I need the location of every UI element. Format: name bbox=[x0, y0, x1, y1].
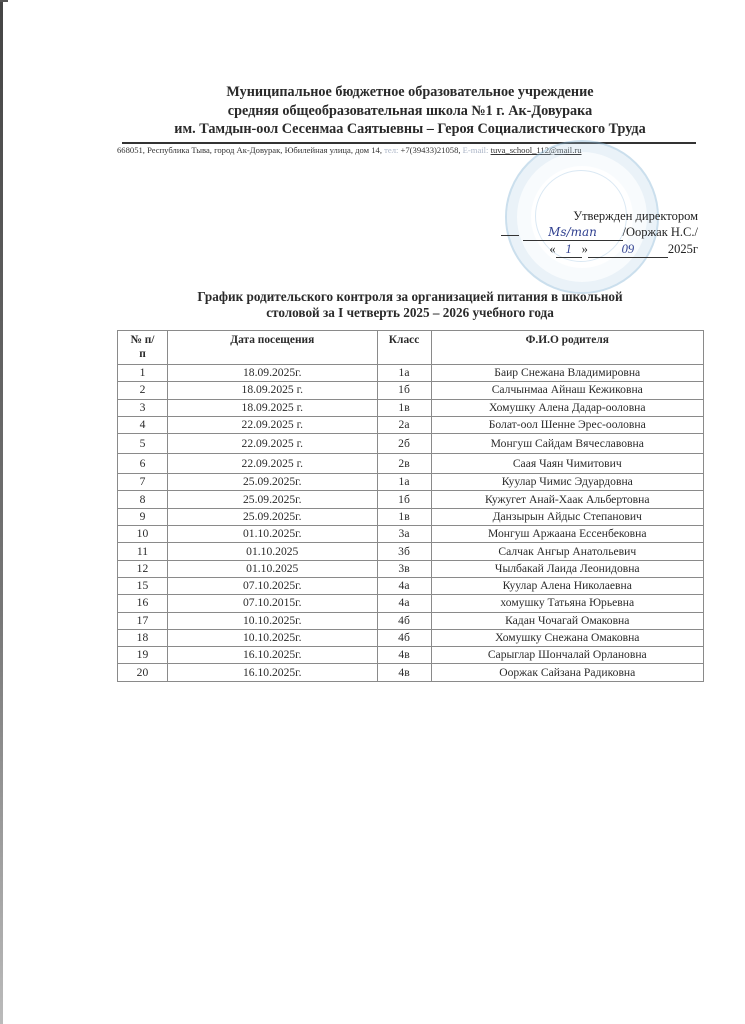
address-line: 668051, Республика Тыва, город Ак-Довура… bbox=[117, 145, 717, 155]
parent-name: Баир Снежана Владимировна bbox=[431, 365, 704, 382]
table-row: 725.09.2025г.1аКуулар Чимис Эдуардовна bbox=[118, 474, 704, 491]
visit-date: 18.09.2025 г. bbox=[167, 399, 377, 416]
row-number: 9 bbox=[118, 508, 168, 525]
organization-header: Муниципальное бюджетное образовательное … bbox=[110, 83, 710, 139]
table-row: 925.09.2025г.1вДанзырын Айдыс Степанович bbox=[118, 508, 704, 525]
parent-name: Сарыглар Шончалай Орлановна bbox=[431, 647, 704, 664]
visit-date: 01.10.2025 bbox=[167, 543, 377, 560]
visit-date: 16.10.2025г. bbox=[167, 647, 377, 664]
visit-date: 07.10.2015г. bbox=[167, 595, 377, 612]
class-name: 1а bbox=[377, 365, 431, 382]
phone-label: тел: bbox=[384, 145, 398, 155]
parent-name: Куулар Алена Николаевна bbox=[431, 577, 704, 594]
visit-date: 22.09.2025 г. bbox=[167, 434, 377, 454]
table-row: 118.09.2025г.1аБаир Снежана Владимировна bbox=[118, 365, 704, 382]
parent-name: Монгуш Сайдам Вячеславовна bbox=[431, 434, 704, 454]
visit-date: 25.09.2025г. bbox=[167, 508, 377, 525]
table-row: 522.09.2025 г.2бМонгуш Сайдам Вячеславов… bbox=[118, 434, 704, 454]
row-number: 3 bbox=[118, 399, 168, 416]
parent-name: Куулар Чимис Эдуардовна bbox=[431, 474, 704, 491]
document-title: График родительского контроля за организ… bbox=[110, 289, 710, 320]
visit-date: 01.10.2025 bbox=[167, 560, 377, 577]
table-header-row: № п/п Дата посещения Класс Ф.И.О родител… bbox=[118, 331, 704, 365]
approval-block: Утвержден директором Ms/man/Ооржак Н.С./… bbox=[480, 208, 698, 258]
row-number: 1 bbox=[118, 365, 168, 382]
table-row: 218.09.2025 г.1бСалчынмаа Айнаш Кежиковн… bbox=[118, 382, 704, 399]
phone-number: +7(39433)21058, bbox=[401, 145, 461, 155]
parent-name: Ооржак Сайзана Радиковна bbox=[431, 664, 704, 681]
class-name: 4а bbox=[377, 595, 431, 612]
parent-name: Монгуш Аржаана Ессенбековна bbox=[431, 526, 704, 543]
class-name: 4б bbox=[377, 612, 431, 629]
table-row: 1001.10.2025г.3аМонгуш Аржаана Ессенбеко… bbox=[118, 526, 704, 543]
parent-name: Хомушку Снежана Омаковна bbox=[431, 629, 704, 646]
approval-signature-line: Ms/man/Ооржак Н.С./ bbox=[480, 224, 698, 241]
row-number: 19 bbox=[118, 647, 168, 664]
approval-date-line: «1»092025г bbox=[480, 241, 698, 258]
visit-date: 18.09.2025 г. bbox=[167, 382, 377, 399]
row-number: 20 bbox=[118, 664, 168, 681]
table-row: 1810.10.2025г.4бХомушку Снежана Омаковна bbox=[118, 629, 704, 646]
class-name: 1б bbox=[377, 382, 431, 399]
class-name: 1б bbox=[377, 491, 431, 508]
approval-month: 09 bbox=[588, 241, 668, 258]
scan-edge-corner bbox=[0, 0, 8, 2]
parent-name: хомушку Татьяна Юрьевна bbox=[431, 595, 704, 612]
director-signature: Ms/man bbox=[523, 224, 623, 241]
row-number: 4 bbox=[118, 416, 168, 433]
class-name: 1в bbox=[377, 399, 431, 416]
row-number: 10 bbox=[118, 526, 168, 543]
table-row: 2016.10.2025г.4вОоржак Сайзана Радиковна bbox=[118, 664, 704, 681]
header-number: № п/п bbox=[118, 331, 168, 365]
row-number: 17 bbox=[118, 612, 168, 629]
row-number: 2 bbox=[118, 382, 168, 399]
scan-edge bbox=[0, 0, 3, 1024]
signature-underline bbox=[501, 235, 519, 236]
visit-date: 01.10.2025г. bbox=[167, 526, 377, 543]
header-divider bbox=[122, 142, 696, 144]
table-row: 825.09.2025г.1бКужугет Анай-Хаак Альберт… bbox=[118, 491, 704, 508]
row-number: 15 bbox=[118, 577, 168, 594]
visit-date: 10.10.2025г. bbox=[167, 629, 377, 646]
parent-name: Кужугет Анай-Хаак Альбертовна bbox=[431, 491, 704, 508]
parent-name: Кадан Чочагай Омаковна bbox=[431, 612, 704, 629]
visit-date: 07.10.2025г. bbox=[167, 577, 377, 594]
table-row: 1201.10.20253вЧылбакай Лаида Леонидовна bbox=[118, 560, 704, 577]
parent-name: Данзырын Айдыс Степанович bbox=[431, 508, 704, 525]
approval-year: 2025г bbox=[668, 242, 698, 256]
postal-address: 668051, Республика Тыва, город Ак-Довура… bbox=[117, 145, 382, 155]
row-number: 18 bbox=[118, 629, 168, 646]
table-row: 1101.10.20253бСалчак Ангыр Анатольевич bbox=[118, 543, 704, 560]
parent-name: Чылбакай Лаида Леонидовна bbox=[431, 560, 704, 577]
table-row: 1916.10.2025г.4вСарыглар Шончалай Орлано… bbox=[118, 647, 704, 664]
parent-name: Хомушку Алена Дадар-ооловна bbox=[431, 399, 704, 416]
org-line-1: Муниципальное бюджетное образовательное … bbox=[110, 83, 710, 102]
class-name: 4б bbox=[377, 629, 431, 646]
row-number: 7 bbox=[118, 474, 168, 491]
visit-date: 25.09.2025г. bbox=[167, 474, 377, 491]
table-row: 1507.10.2025г.4аКуулар Алена Николаевна bbox=[118, 577, 704, 594]
row-number: 16 bbox=[118, 595, 168, 612]
org-line-2: средняя общеобразовательная школа №1 г. … bbox=[110, 102, 710, 121]
approval-day: 1 bbox=[556, 241, 582, 258]
class-name: 2в bbox=[377, 454, 431, 474]
table-row: 318.09.2025 г.1вХомушку Алена Дадар-ооло… bbox=[118, 399, 704, 416]
signatory-name: /Ооржак Н.С./ bbox=[623, 225, 698, 239]
row-number: 6 bbox=[118, 454, 168, 474]
table-row: 1710.10.2025г.4бКадан Чочагай Омаковна bbox=[118, 612, 704, 629]
header-visit-date: Дата посещения bbox=[167, 331, 377, 365]
parent-name: Болат-оол Шенне Эрес-ооловна bbox=[431, 416, 704, 433]
parent-name: Салчак Ангыр Анатольевич bbox=[431, 543, 704, 560]
visit-date: 22.09.2025 г. bbox=[167, 454, 377, 474]
row-number: 8 bbox=[118, 491, 168, 508]
parent-name: Саая Чаян Чимитович bbox=[431, 454, 704, 474]
class-name: 4в bbox=[377, 647, 431, 664]
visit-date: 16.10.2025г. bbox=[167, 664, 377, 681]
visit-date: 22.09.2025 г. bbox=[167, 416, 377, 433]
visit-date: 18.09.2025г. bbox=[167, 365, 377, 382]
visit-date: 10.10.2025г. bbox=[167, 612, 377, 629]
class-name: 4в bbox=[377, 664, 431, 681]
class-name: 3в bbox=[377, 560, 431, 577]
org-line-3: им. Тамдын-оол Сесенмаа Саятыевны – Геро… bbox=[110, 120, 710, 139]
row-number: 5 bbox=[118, 434, 168, 454]
row-number: 11 bbox=[118, 543, 168, 560]
class-name: 2б bbox=[377, 434, 431, 454]
class-name: 1в bbox=[377, 508, 431, 525]
class-name: 3б bbox=[377, 543, 431, 560]
class-name: 1а bbox=[377, 474, 431, 491]
title-line-2: столовой за I четверть 2025 – 2026 учебн… bbox=[110, 305, 710, 321]
table-row: 422.09.2025 г.2аБолат-оол Шенне Эрес-оол… bbox=[118, 416, 704, 433]
class-name: 2а bbox=[377, 416, 431, 433]
header-class: Класс bbox=[377, 331, 431, 365]
visit-date: 25.09.2025г. bbox=[167, 491, 377, 508]
parent-control-schedule-table: № п/п Дата посещения Класс Ф.И.О родител… bbox=[117, 330, 704, 682]
parent-name: Салчынмаа Айнаш Кежиковна bbox=[431, 382, 704, 399]
class-name: 3а bbox=[377, 526, 431, 543]
approval-title: Утвержден директором bbox=[480, 208, 698, 224]
title-line-1: График родительского контроля за организ… bbox=[110, 289, 710, 305]
header-parent-name: Ф.И.О родителя bbox=[431, 331, 704, 365]
table-row: 622.09.2025 г.2вСаая Чаян Чимитович bbox=[118, 454, 704, 474]
row-number: 12 bbox=[118, 560, 168, 577]
table-row: 1607.10.2015г.4ахомушку Татьяна Юрьевна bbox=[118, 595, 704, 612]
email-label: E-mail: bbox=[463, 145, 489, 155]
class-name: 4а bbox=[377, 577, 431, 594]
